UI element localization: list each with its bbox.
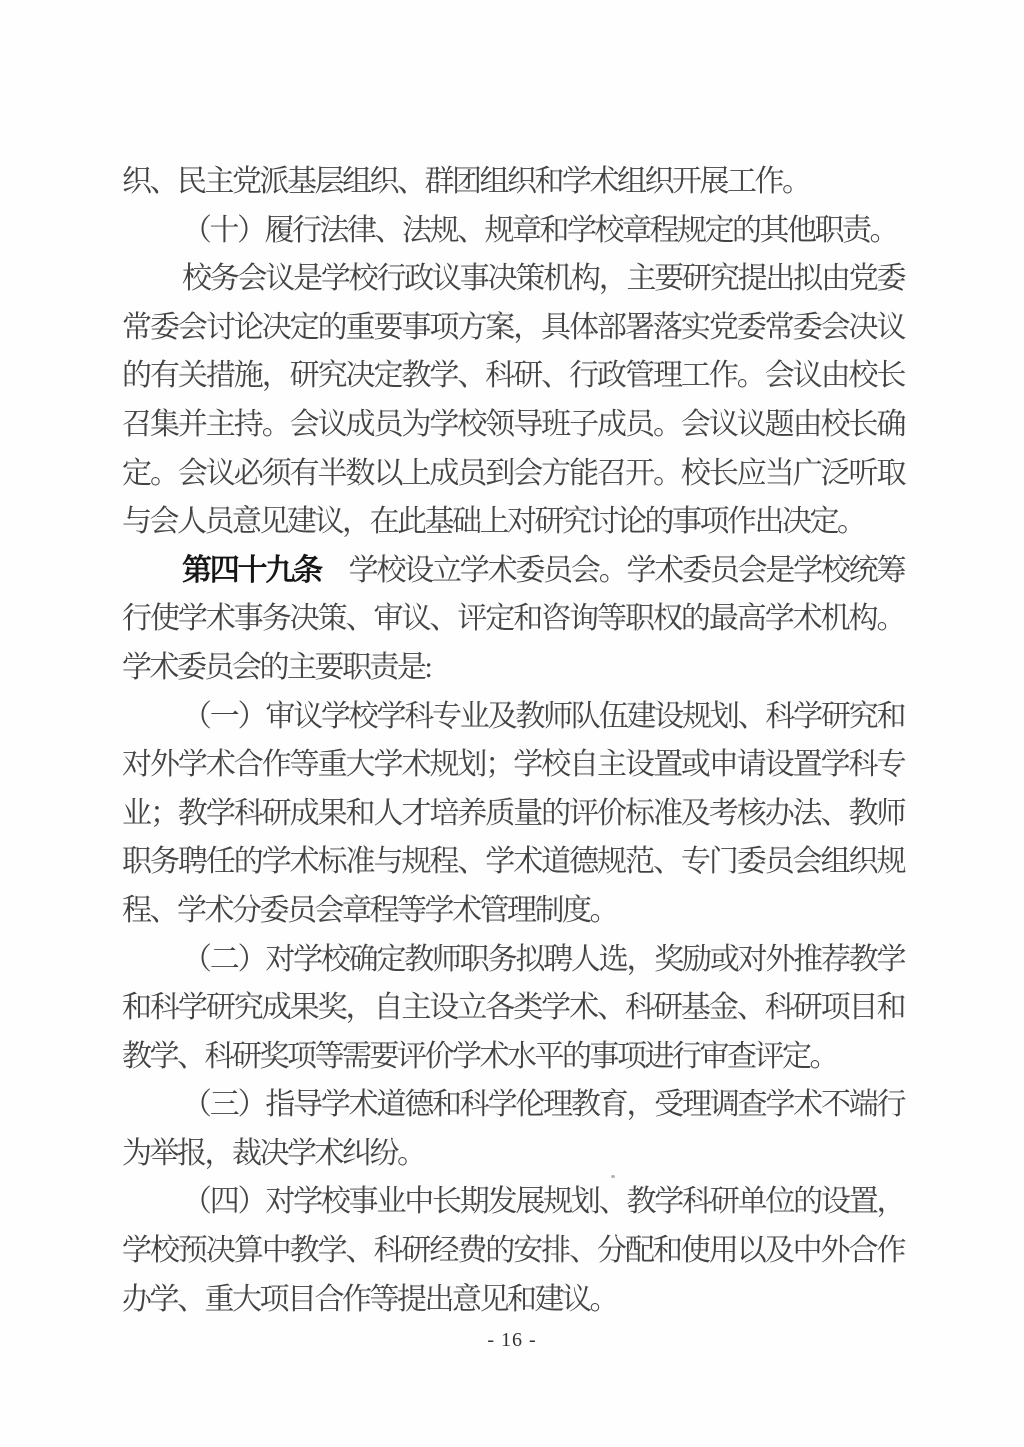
text-line: 职务聘任的学术标准与规程、学术道德规范、专门委员会组织规 [122, 838, 904, 887]
document-page: 织、民主党派基层组织、群团组织和学术组织开展工作。（十）履行法律、法规、规章和学… [0, 0, 1024, 1447]
text-line: 校务会议是学校行政议事决策机构，主要研究提出拟由党委 [122, 255, 904, 304]
text-line: 和科学研究成果奖，自主设立各类学术、科研基金、科研项目和 [122, 984, 904, 1033]
text-line: 学校预决算中教学、科研经费的安排、分配和使用以及中外合作 [122, 1227, 904, 1276]
text-line: 对外学术合作等重大学术规划；学校自主设置或申请设置学科专 [122, 741, 904, 790]
article-number-bold: 第四十九条 [182, 554, 321, 587]
text-line: （一）审议学校学科专业及教师队伍建设规划、科学研究和 [122, 693, 904, 742]
text-line: 办学、重大项目合作等提出意见和建议。 [122, 1276, 904, 1325]
text-line: （四）对学校事业中长期发展规划、教学科研单位的设置， [122, 1178, 904, 1227]
text-line: 教学、科研奖项等需要评价学术水平的事项进行审查评定。 [122, 1033, 904, 1082]
text-line: 为举报，裁决学术纠纷。 [122, 1130, 904, 1179]
text-line: （三）指导学术道德和科学伦理教育，受理调查学术不端行 [122, 1081, 904, 1130]
text-line: 的有关措施，研究决定教学、科研、行政管理工作。会议由校长 [122, 352, 904, 401]
text-line: 业；教学科研成果和人才培养质量的评价标准及考核办法、教师 [122, 790, 904, 839]
text-line: 召集并主持。会议成员为学校领导班子成员。会议议题由校长确 [122, 401, 904, 450]
text-line: 常委会讨论决定的重要事项方案，具体部署落实党委常委会决议 [122, 304, 904, 353]
text-line: 与会人员意见建议，在此基础上对研究讨论的事项作出决定。 [122, 498, 904, 547]
text-line: （十）履行法律、法规、规章和学校章程规定的其他职责。 [122, 207, 904, 256]
scan-speck-artifact [611, 1175, 615, 1178]
text-line: 学术委员会的主要职责是: [122, 644, 904, 693]
page-number: - 16 - [0, 1329, 1024, 1352]
text-line: 程、学术分委员会章程等学术管理制度。 [122, 887, 904, 936]
text-line-article-heading: 第四十九条 学校设立学术委员会。学术委员会是学校统筹 [122, 547, 904, 596]
text-line: （二）对学校确定教师职务拟聘人选，奖励或对外推荐教学 [122, 936, 904, 985]
text-line: 织、民主党派基层组织、群团组织和学术组织开展工作。 [122, 158, 904, 207]
text-line: 定。会议必须有半数以上成员到会方能召开。校长应当广泛听取 [122, 450, 904, 499]
text-block: 织、民主党派基层组织、群团组织和学术组织开展工作。（十）履行法律、法规、规章和学… [122, 158, 904, 1324]
text-line: 行使学术事务决策、审议、评定和咨询等职权的最高学术机构。 [122, 595, 904, 644]
